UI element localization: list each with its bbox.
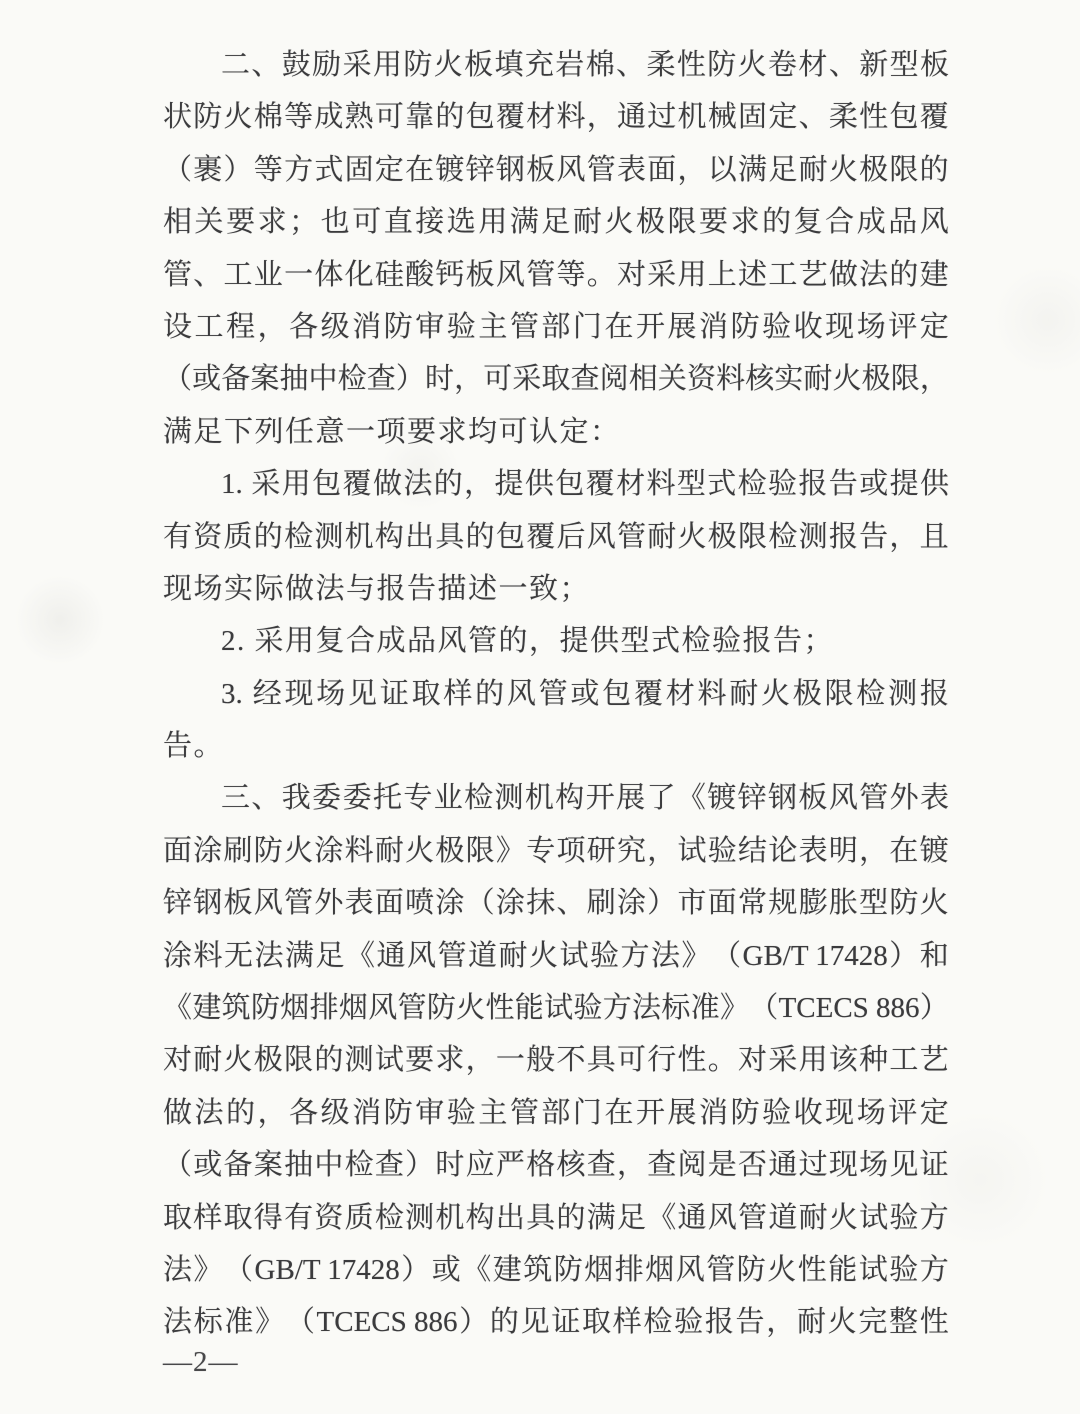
text-line: 《建筑防烟排烟风管防火性能试验方法标准》（TCECS 886） xyxy=(163,982,949,1034)
text-line: 涂料无法满足《通风管道耐火试验方法》（GB/T 17428）和 xyxy=(163,930,949,982)
text-line: 相关要求；也可直接选用满足耐火极限要求的复合成品风 xyxy=(163,196,949,248)
text-line: 有资质的检测机构出具的包覆后风管耐火极限检测报告，且 xyxy=(163,511,949,563)
text-line: （裹）等方式固定在镀锌钢板风管表面，以满足耐火极限的 xyxy=(163,144,949,196)
text-line: 面涂刷防火涂料耐火极限》专项研究，试验结论表明，在镀 xyxy=(163,825,949,877)
document-body: 二、鼓励采用防火板填充岩棉、柔性防火卷材、新型板状防火棉等成熟可靠的包覆材料，通… xyxy=(163,39,949,1349)
page-number: —2— xyxy=(163,1336,239,1388)
text-line: 状防火棉等成熟可靠的包覆材料，通过机械固定、柔性包覆 xyxy=(163,91,949,143)
text-line: 设工程，各级消防审验主管部门在开展消防验收现场评定 xyxy=(163,301,949,353)
text-line: 锌钢板风管外表面喷涂（涂抹、刷涂）市面常规膨胀型防火 xyxy=(163,877,949,929)
document-page: 二、鼓励采用防火板填充岩棉、柔性防火卷材、新型板状防火棉等成熟可靠的包覆材料，通… xyxy=(0,0,1080,1414)
text-line: （或备案抽中检查）时，可采取查阅相关资料核实耐火极限， xyxy=(163,353,949,405)
text-line: 二、鼓励采用防火板填充岩棉、柔性防火卷材、新型板 xyxy=(163,39,949,91)
text-line: 三、我委委托专业检测机构开展了《镀锌钢板风管外表 xyxy=(163,772,949,824)
text-line: （或备案抽中检查）时应严格核查，查阅是否通过现场见证 xyxy=(163,1139,949,1191)
text-line: 告。 xyxy=(163,720,949,772)
text-line: 1. 采用包覆做法的，提供包覆材料型式检验报告或提供 xyxy=(163,458,949,510)
text-line: 满足下列任意一项要求均可认定： xyxy=(163,406,949,458)
text-line: 对耐火极限的测试要求，一般不具可行性。对采用该种工艺 xyxy=(163,1034,949,1086)
text-line: 管、工业一体化硅酸钙板风管等。对采用上述工艺做法的建 xyxy=(163,249,949,301)
text-line: 3. 经现场见证取样的风管或包覆材料耐火极限检测报 xyxy=(163,668,949,720)
text-line: 2. 采用复合成品风管的，提供型式检验报告； xyxy=(163,615,949,667)
text-line: 取样取得有资质检测机构出具的满足《通风管道耐火试验方 xyxy=(163,1192,949,1244)
text-line: 法标准》（TCECS 886）的见证取样检验报告，耐火完整性 xyxy=(163,1296,949,1348)
text-line: 现场实际做法与报告描述一致； xyxy=(163,563,949,615)
text-line: 法》（GB/T 17428）或《建筑防烟排烟风管防火性能试验方 xyxy=(163,1244,949,1296)
text-line: 做法的，各级消防审验主管部门在开展消防验收现场评定 xyxy=(163,1087,949,1139)
